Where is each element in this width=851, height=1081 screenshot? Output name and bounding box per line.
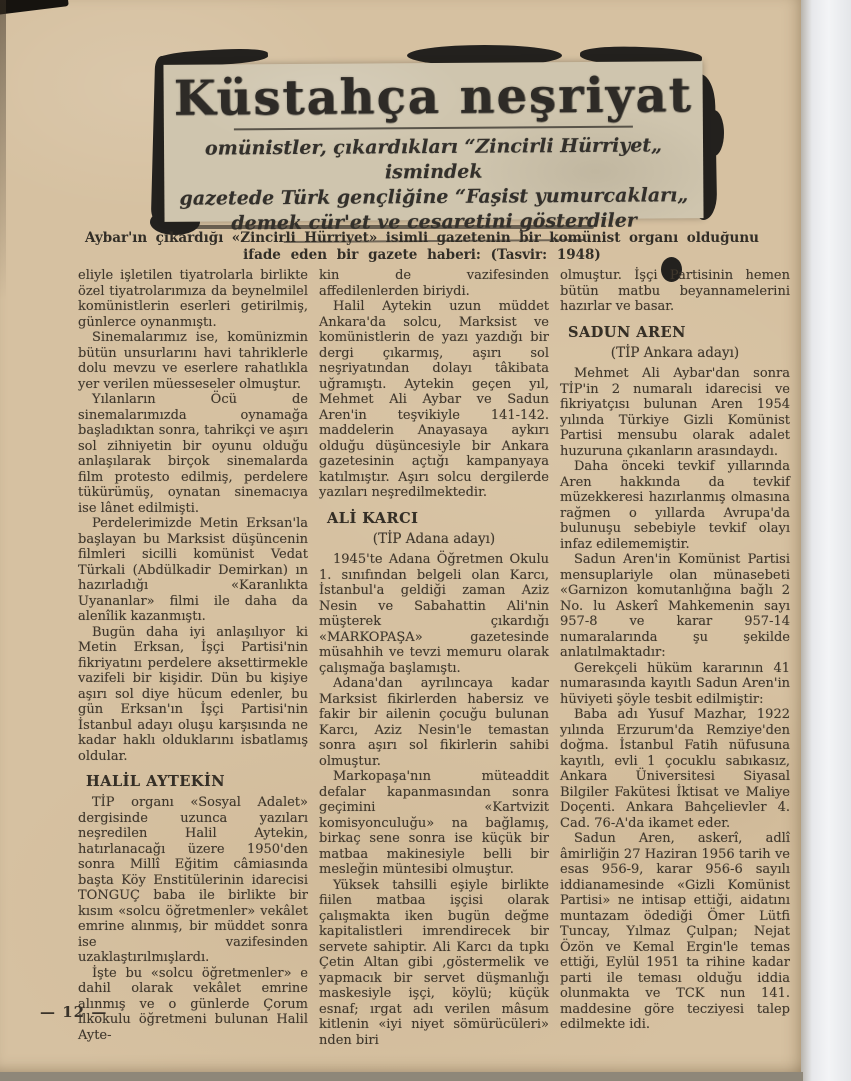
section-heading: SADUN AREN xyxy=(568,325,790,341)
article-paragraph: İşte bu «solcu öğretmenler» e dahil olar… xyxy=(78,966,308,1044)
article-paragraph: TİP organı «Sosyal Adalet» dergisinde uz… xyxy=(78,795,308,966)
scanner-background-bottom xyxy=(0,1072,803,1081)
clipping-subheadline-line: gazetede Türk gençliğine “Faşist yumurca… xyxy=(164,183,703,212)
article-paragraph: eliyle işletilen tiyatrolarla birlikte ö… xyxy=(78,268,308,330)
article-paragraph: Yılanların Öcü de sinemalarımızda oynama… xyxy=(78,392,308,516)
article-column-middle: kin de vazifesinden affedilenlerden biri… xyxy=(319,268,549,1048)
article-paragraph: Mehmet Ali Aybar'dan sonra TİP'in 2 numa… xyxy=(560,366,790,459)
clipping-headline: Küstahça neşriyat xyxy=(164,69,703,125)
article-paragraph: Sinemalarımız ise, komünizmin bütün unsu… xyxy=(78,330,308,392)
article-paragraph: Perdelerimizde Metin Erksan'la başlayan … xyxy=(78,516,308,625)
clipping-rule xyxy=(234,126,633,131)
article-paragraph: Sadun Aren'in Komünist Partisi mensuplar… xyxy=(560,552,790,661)
caption-line: Aybar'ın çıkardığı «Zincirli Hürriyet» i… xyxy=(85,230,759,247)
photo-caption: Aybar'ın çıkardığı «Zincirli Hürriyet» i… xyxy=(85,230,759,264)
clipping-subheadline-line: omünistler, çıkardıkları “Zincirli Hürri… xyxy=(164,133,703,187)
article-paragraph: Bugün daha iyi anlaşılıyor ki Metin Erks… xyxy=(78,625,308,765)
caption-line: ifade eden bir gazete haberi: (Tasvir: 1… xyxy=(85,247,759,264)
article-paragraph: Sadun Aren, askerî, adlî âmirliğin 27 Ha… xyxy=(560,831,790,1033)
section-heading: HALİL AYTEKİN xyxy=(86,774,308,790)
article-paragraph: 1945'te Adana Öğretmen Okulu 1. sınıfınd… xyxy=(319,552,549,676)
article-paragraph: olmuştur. İşçi Partisinin hemen bütün ma… xyxy=(560,268,790,315)
newspaper-clipping: Küstahça neşriyat omünistler, çıkardıkla… xyxy=(152,52,720,226)
scan-corner-mark xyxy=(0,0,69,16)
article-paragraph: Baba adı Yusuf Mazhar, 1922 yılında Erzu… xyxy=(560,707,790,831)
article-paragraph: kin de vazifesinden affedilenlerden biri… xyxy=(319,268,549,299)
section-subheading: (TİP Adana adayı) xyxy=(319,532,549,548)
scanner-background-right xyxy=(801,0,851,1081)
article-column-left: eliyle işletilen tiyatrolarla birlikte ö… xyxy=(78,268,308,1048)
clipping-torn-edge xyxy=(704,110,724,156)
section-subheading: (TİP Ankara adayı) xyxy=(560,346,790,362)
article-columns: eliyle işletilen tiyatrolarla birlikte ö… xyxy=(78,268,790,1048)
article-paragraph: Adana'dan ayrılıncaya kadar Marksist fik… xyxy=(319,676,549,769)
article-paragraph: Daha önceki tevkif yıllarında Aren hakkı… xyxy=(560,459,790,552)
scanned-page: Küstahça neşriyat omünistler, çıkardıkla… xyxy=(0,0,803,1074)
article-paragraph: Yüksek tahsilli eşiyle birlikte fiilen m… xyxy=(319,878,549,1049)
page-number: — 12 — xyxy=(40,1003,107,1021)
article-column-right: olmuştur. İşçi Partisinin hemen bütün ma… xyxy=(560,268,790,1048)
article-paragraph: Gerekçeli hüküm kararının 41 numarasında… xyxy=(560,661,790,708)
section-heading: ALİ KARCI xyxy=(327,511,549,527)
article-paragraph: Halil Aytekin uzun müddet Ankara'da solc… xyxy=(319,299,549,501)
page-left-seam xyxy=(0,0,6,300)
clipping-paper: Küstahça neşriyat omünistler, çıkardıkla… xyxy=(163,61,703,222)
article-paragraph: Markopaşa'nın müteaddit defalar kapanmas… xyxy=(319,769,549,878)
